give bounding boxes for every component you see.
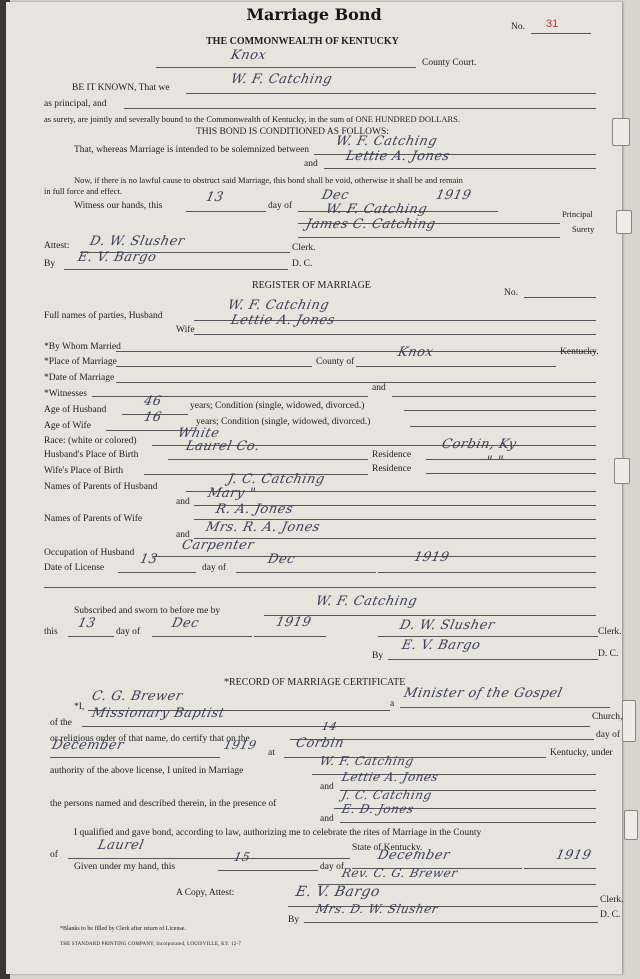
- husband-father-value: J. C. Catching: [226, 472, 326, 487]
- register-dc-label: D. C.: [598, 649, 618, 659]
- printer-imprint: THE STANDARD PRINTING COMPANY, Incorpora…: [60, 942, 241, 947]
- certificate-year-value: 1919: [223, 738, 259, 752]
- kentucky-under-label: Kentucky, under: [550, 748, 613, 758]
- register-wife-value: Lettie A. Jones: [229, 313, 336, 328]
- wife-residence-value: " ": [484, 454, 505, 469]
- date-of-license-label: Date of License: [44, 563, 104, 573]
- certificate-i-label: *I,: [74, 702, 84, 712]
- subscribed-value: W. F. Catching: [314, 594, 418, 609]
- certificate-clerk-signature: E. V. Bargo: [294, 884, 381, 900]
- certificate-at-label: at: [268, 748, 275, 758]
- register-husband-value: W. F. Catching: [226, 298, 330, 313]
- witnesses-label: *Witnesses: [44, 389, 87, 399]
- bond-day-value: 13: [204, 190, 225, 205]
- day-of-label: day of: [268, 201, 292, 211]
- bond-principal-value: W. F. Catching: [229, 72, 333, 87]
- principal-signature: W. F. Catching: [324, 202, 428, 217]
- certificate-day-value: 14: [321, 720, 339, 733]
- certificate-and-label: and: [320, 782, 334, 792]
- page-tab: [614, 458, 630, 484]
- certificate-groom-value: W. F. Catching: [319, 754, 416, 768]
- bond-dc-signature: E. V. Bargo: [76, 250, 158, 265]
- full-names-label: Full names of parties, Husband: [44, 311, 162, 321]
- husband-parents-and-label: and: [176, 497, 190, 507]
- given-year-value: 1919: [554, 848, 592, 863]
- certificate-place-value: Corbin: [294, 736, 345, 751]
- county-court-label: County Court.: [422, 58, 476, 68]
- husband-mother-value: Mary ": [206, 486, 257, 501]
- bond-year-value: 1919: [434, 188, 472, 203]
- husband-residence-value: Corbin, Ky: [440, 437, 518, 452]
- place-of-marriage-label: *Place of Marriage: [44, 357, 117, 367]
- page-tab: [612, 118, 630, 146]
- authority-label: authority of the above license, I united…: [50, 766, 243, 776]
- certificate-bride-value: Lettie A. Jones: [341, 770, 440, 784]
- minister-name-value: C. G. Brewer: [90, 689, 184, 704]
- certificate-month-value: December: [50, 738, 125, 753]
- attest-label: Attest:: [44, 241, 69, 251]
- wife-father-value: R. A. Jones: [214, 502, 294, 517]
- age-wife-label: Age of Wife: [44, 421, 91, 431]
- wife-label: Wife: [176, 325, 195, 335]
- certificate-a-label: a: [390, 699, 394, 709]
- bond-groom-value: W. F. Catching: [334, 134, 438, 149]
- blanks-note: *Blanks to be filled by Clerk after retu…: [60, 926, 186, 932]
- license-day-value: 13: [138, 552, 159, 567]
- page-tab: [622, 700, 636, 742]
- date-of-marriage-label: *Date of Marriage: [44, 373, 114, 383]
- certificate-dc-signature: Mrs. D. W. Slusher: [315, 902, 440, 916]
- marriage-bond-document: Marriage Bond No. 31 THE COMMONWEALTH OF…: [6, 2, 622, 974]
- commonwealth-heading: THE COMMONWEALTH OF KENTUCKY: [206, 36, 399, 47]
- page-tab: [624, 810, 638, 840]
- wife-mother-value: Mrs. R. A. Jones: [204, 520, 321, 535]
- in-full-force-text: in full force and effect.: [44, 186, 122, 196]
- bond-month-value: Dec: [320, 188, 350, 203]
- parents-wife-label: Names of Parents of Wife: [44, 514, 142, 524]
- kentucky-label: Kentucky.: [560, 347, 599, 357]
- church-label: Church,: [592, 712, 622, 722]
- county-of-label: County of: [316, 357, 354, 367]
- certificate-day-of-label: day of: [596, 730, 620, 740]
- of-the-label: of the: [50, 718, 72, 728]
- bond-by-label: By: [44, 259, 55, 269]
- register-heading: REGISTER OF MARRIAGE: [252, 280, 371, 291]
- page-tab: [616, 210, 632, 234]
- bond-and-label: and: [304, 159, 318, 169]
- certificate-by-label: By: [288, 915, 299, 925]
- husband-birthplace-value: Laurel Co.: [184, 439, 261, 454]
- bond-clerk-label: Clerk.: [292, 243, 315, 253]
- register-clerk-signature: D. W. Slusher: [398, 618, 496, 633]
- surety-text: as surety, are jointly and severally bou…: [44, 114, 460, 124]
- age-husband-label: Age of Husband: [44, 405, 106, 415]
- minister-signature: Rev. C. G. Brewer: [341, 866, 460, 880]
- occupation-value: Carpenter: [180, 538, 255, 553]
- subscribed-label: Subscribed and sworn to before me by: [74, 606, 220, 616]
- register-dc-signature: E. V. Bargo: [400, 638, 482, 653]
- witness-hands-label: Witness our hands, this: [74, 201, 162, 211]
- age-wife-value: 16: [142, 410, 163, 425]
- license-month-value: Dec: [266, 552, 296, 567]
- as-principal-label: as principal, and: [44, 99, 107, 109]
- qualified-county-value: Laurel: [96, 838, 145, 853]
- license-year-value: 1919: [412, 550, 450, 565]
- bond-dc-label: D. C.: [292, 259, 312, 269]
- surety-signature: James C. Catching: [304, 217, 437, 232]
- age-husband-value: 46: [142, 394, 163, 409]
- sworn-day-of-label: day of: [116, 627, 140, 637]
- be-it-known-label: BE IT KNOWN, That we: [72, 83, 170, 93]
- parents-husband-label: Names of Parents of Husband: [44, 482, 157, 492]
- register-county-value: Knox: [396, 345, 434, 360]
- copy-attest-label: A Copy, Attest:: [176, 888, 234, 898]
- bond-number: 31: [546, 18, 558, 30]
- given-day-value: 15: [233, 850, 252, 864]
- now-if-text: Now, if there is no lawful cause to obst…: [74, 175, 463, 185]
- certificate-of-label: of: [50, 850, 58, 860]
- sworn-this-label: this: [44, 627, 58, 637]
- surety-label: Surety: [572, 224, 594, 234]
- witness-one-value: J. C. Catching: [341, 788, 434, 802]
- register-number-label: No.: [504, 288, 518, 298]
- church-value: Missionary Baptist: [90, 706, 226, 721]
- document-title: Marriage Bond: [6, 5, 622, 24]
- bond-county-value: Knox: [229, 48, 267, 63]
- bond-number-label: No.: [511, 22, 525, 32]
- certificate-heading: *RECORD OF MARRIAGE CERTIFICATE: [224, 677, 405, 688]
- witnesses-and-label: and: [372, 383, 386, 393]
- sworn-year-value: 1919: [274, 615, 312, 630]
- register-clerk-label: Clerk.: [598, 627, 621, 637]
- witness-and-label: and: [320, 814, 334, 824]
- condition-wife-label: years; Condition (single, widowed, divor…: [196, 417, 370, 427]
- sworn-day-value: 13: [76, 616, 97, 631]
- certificate-clerk-label: Clerk.: [600, 895, 623, 905]
- qualified-text: I qualified and gave bond, according to …: [74, 828, 481, 838]
- wife-residence-label: Residence: [372, 464, 411, 474]
- given-day-of-label: day of: [320, 862, 344, 872]
- husband-birthplace-label: Husband's Place of Birth: [44, 450, 138, 460]
- witness-two-value: E. D. Jones: [341, 802, 416, 816]
- certificate-dc-label: D. C.: [600, 910, 620, 920]
- minister-title-value: Minister of the Gospel: [402, 686, 563, 701]
- persons-presence-label: the persons named and described therein,…: [50, 799, 276, 809]
- by-whom-label: *By Whom Married: [44, 342, 121, 352]
- condition-husband-label: years; Condition (single, widowed, divor…: [190, 401, 364, 411]
- bond-clerk-signature: D. W. Slusher: [88, 234, 186, 249]
- license-day-of-label: day of: [202, 563, 226, 573]
- given-month-value: December: [376, 848, 451, 863]
- husband-residence-label: Residence: [372, 450, 411, 460]
- sworn-month-value: Dec: [170, 616, 200, 631]
- whereas-text: That, whereas Marriage is intended to be…: [74, 145, 309, 155]
- wife-birthplace-label: Wife's Place of Birth: [44, 466, 123, 476]
- occupation-label: Occupation of Husband: [44, 548, 134, 558]
- principal-label: Principal: [562, 209, 593, 219]
- given-under-label: Given under my hand, this: [74, 862, 175, 872]
- register-by-label: By: [372, 651, 383, 661]
- race-label: Race: (white or colored): [44, 436, 137, 446]
- bond-bride-value: Lettie A. Jones: [344, 149, 451, 164]
